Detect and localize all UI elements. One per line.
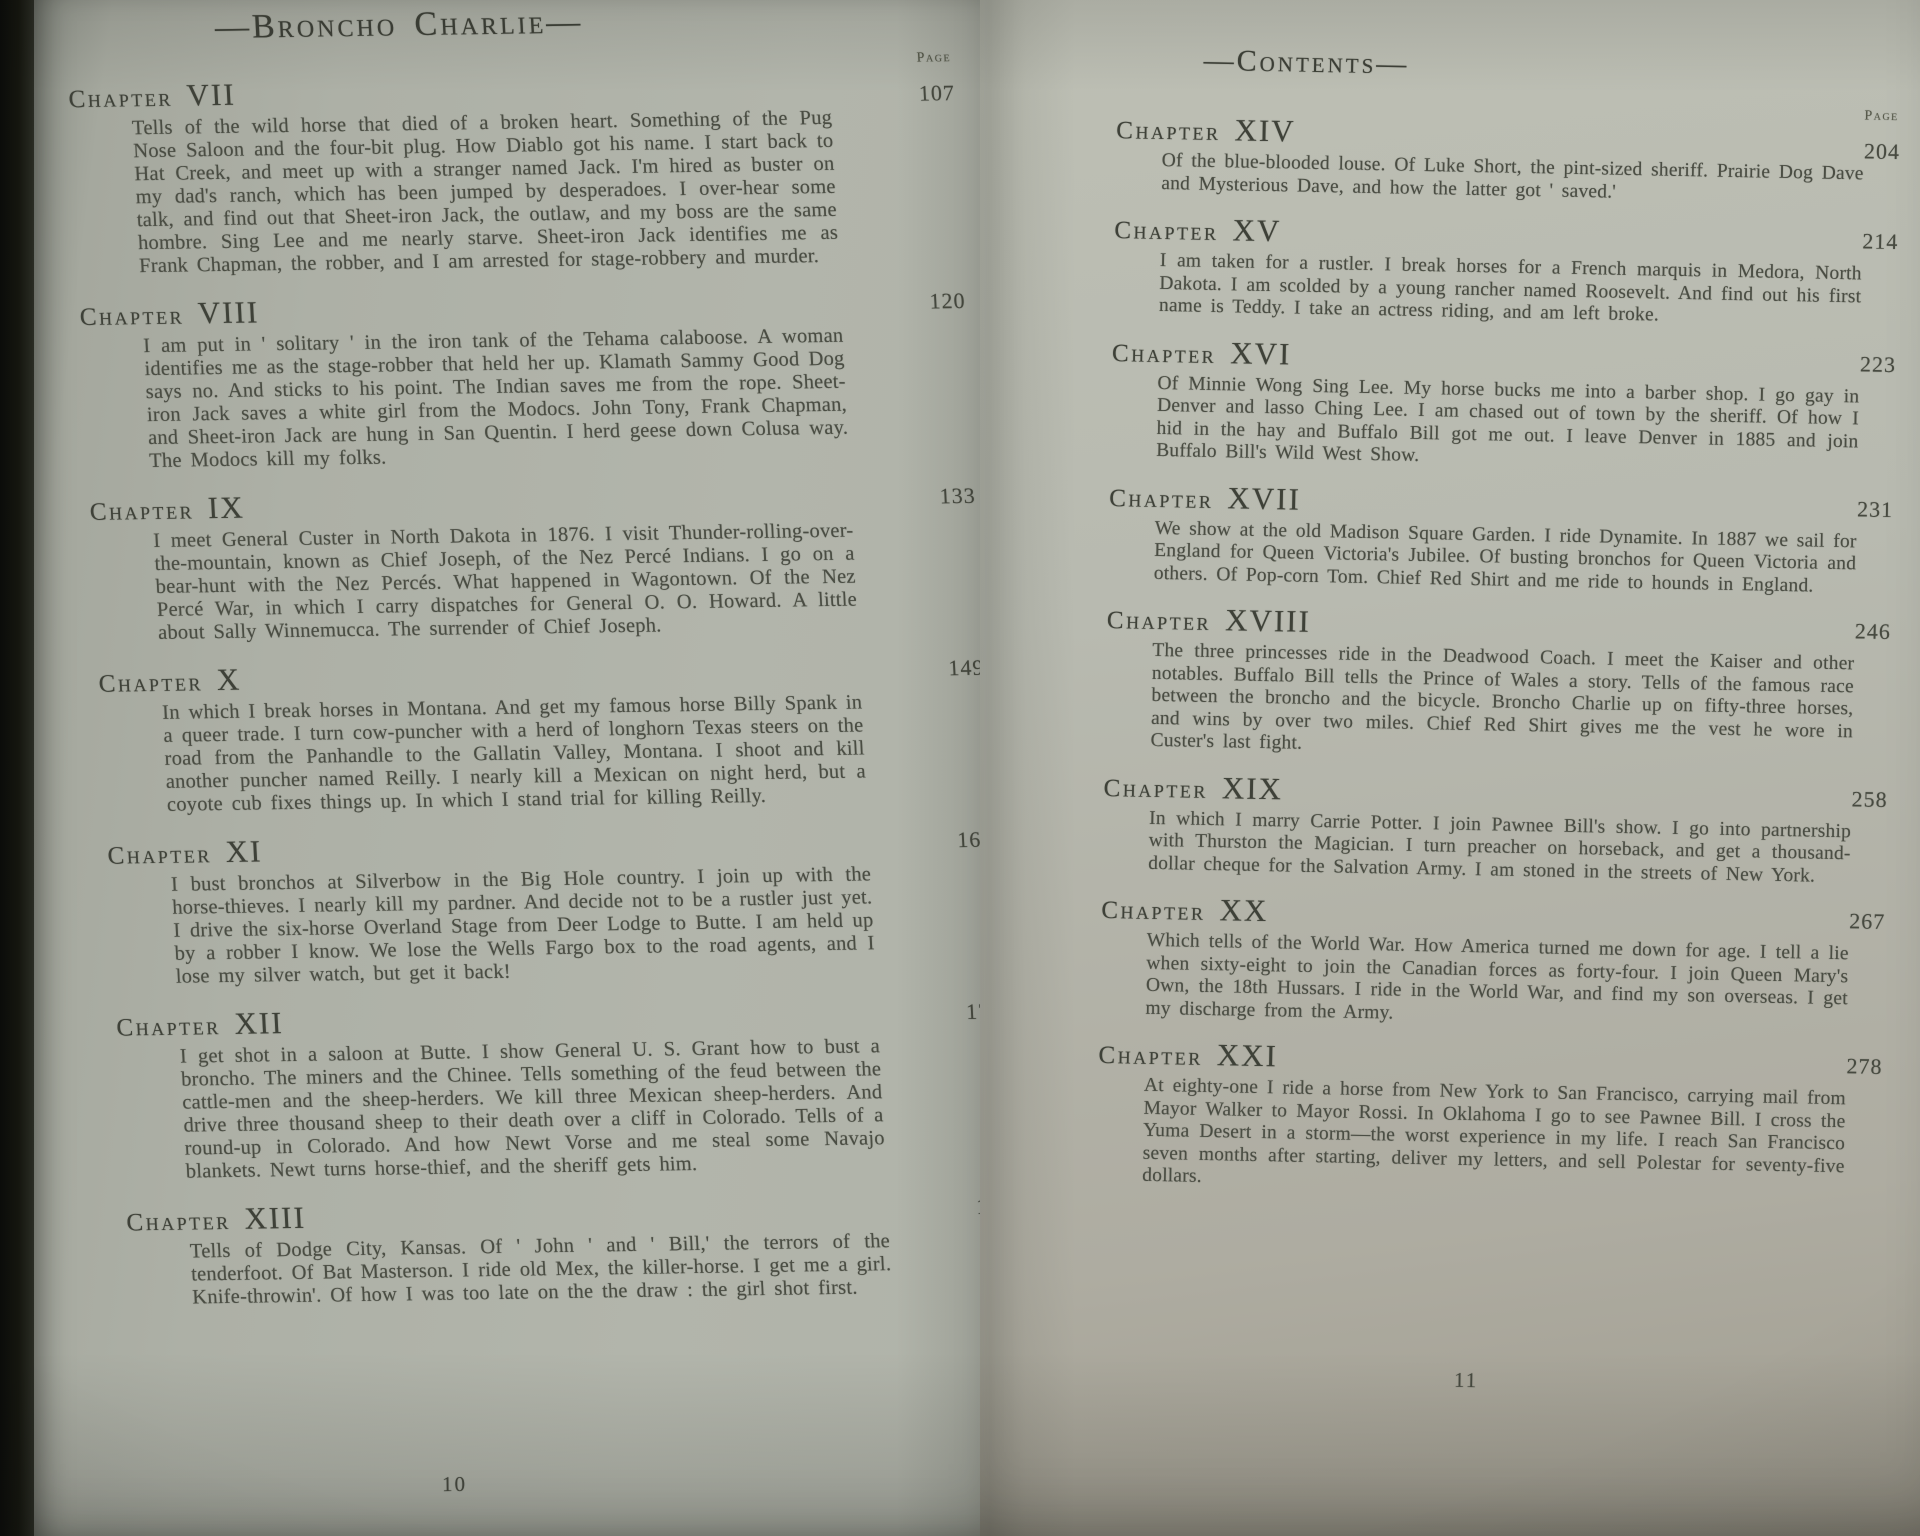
chapter-entry: Chapter XV 214 I am taken for a rustler.… <box>1113 210 1899 332</box>
chapter-label: Chapter <box>1107 607 1212 636</box>
chapter-page-number: 278 <box>1846 1053 1882 1080</box>
chapter-numeral: VIII <box>197 294 260 330</box>
chapter-numeral: XX <box>1219 892 1268 928</box>
page-column-label: Page <box>916 50 951 66</box>
right-page-content: —Contents— Chapter XIV Page 204 Of the b… <box>1096 42 1902 1217</box>
chapter-page-number: 246 <box>1855 618 1891 645</box>
right-page: —Contents— Chapter XIV Page 204 Of the b… <box>980 0 1920 1536</box>
chapter-description: In which I break horses in Montana. And … <box>162 692 868 817</box>
chapter-label: Chapter <box>98 669 204 698</box>
chapter-numeral: XXI <box>1216 1037 1278 1073</box>
page-column-label: Page <box>1864 108 1899 125</box>
chapter-description: I bust bronchos at Silverbow in the Big … <box>171 863 877 988</box>
chapter-page-number: 258 <box>1851 786 1887 813</box>
chapter-page-number: 231 <box>1857 496 1893 523</box>
chapter-label: Chapter <box>1109 485 1214 514</box>
chapter-page-number: 204 <box>1864 138 1900 165</box>
chapter-description: We show at the old Madison Square Garden… <box>1154 517 1857 598</box>
book-left-edge-shadow <box>0 0 34 1536</box>
chapter-entry: Chapter XIII 185 Tells of Dodge City, Ka… <box>125 1189 1016 1310</box>
chapter-description: I get shot in a saloon at Butte. I show … <box>179 1035 886 1183</box>
chapter-label: Chapter <box>1101 897 1206 926</box>
chapter-entry: Chapter VII Page 107 Tells of the wild h… <box>68 66 964 279</box>
chapter-page-number: 120 <box>929 288 966 315</box>
chapter-description: Of Minnie Wong Sing Lee. My horse bucks … <box>1156 372 1860 475</box>
chapter-description: I am taken for a rustler. I break horses… <box>1159 250 1862 331</box>
chapter-entry: Chapter XI 162 I bust bronchos at Silver… <box>107 823 1001 990</box>
chapter-numeral: X <box>216 662 242 697</box>
chapter-page-number: 133 <box>939 483 976 510</box>
chapter-entry: Chapter XVI 223 Of Minnie Wong Sing Lee.… <box>1110 333 1896 477</box>
open-book-photo: —Broncho Charlie— Chapter VII Page 107 T… <box>0 0 1920 1536</box>
chapter-description: The three princesses ride in the Deadwoo… <box>1150 640 1854 766</box>
chapter-entry: Chapter XXI 278 At eighty-one I ride a h… <box>1096 1035 1883 1202</box>
chapter-page-number: 223 <box>1860 351 1896 378</box>
chapter-entry: Chapter XIX 258 In which I marry Carrie … <box>1102 767 1888 889</box>
chapter-numeral: XVI <box>1230 335 1292 371</box>
folio-right: 11 <box>1454 1368 1479 1393</box>
folio-left: 10 <box>442 1472 467 1497</box>
chapter-entry: Chapter XVII 231 We show at the old Madi… <box>1108 478 1894 600</box>
left-page: —Broncho Charlie— Chapter VII Page 107 T… <box>34 0 980 1536</box>
chapter-numeral: XI <box>225 833 264 869</box>
chapter-label: Chapter <box>107 841 213 870</box>
chapter-description: I am put in ' solitary ' in the iron tan… <box>143 325 850 473</box>
chapter-entry: Chapter VIII 120 I am put in ' solitary … <box>79 284 974 474</box>
chapter-description: Which tells of the World War. How Americ… <box>1145 930 1849 1033</box>
chapter-entry: Chapter IX 133 I meet General Custer in … <box>89 479 983 646</box>
chapter-label: Chapter <box>1116 117 1221 146</box>
chapter-description: In which I marry Carrie Potter. I join P… <box>1148 807 1851 888</box>
chapter-entry: Chapter XX 267 Which tells of the World … <box>1099 890 1885 1034</box>
chapter-label: Chapter <box>1098 1042 1203 1071</box>
chapter-label: Chapter <box>68 85 174 114</box>
chapter-numeral: XII <box>234 1005 285 1041</box>
chapter-numeral: XVIII <box>1225 602 1311 639</box>
chapter-numeral: IX <box>207 490 246 526</box>
chapter-numeral: XVII <box>1227 480 1301 516</box>
chapter-page-number: 214 <box>1862 228 1898 255</box>
chapter-label: Chapter <box>79 303 185 332</box>
chapter-label: Chapter <box>126 1208 232 1237</box>
chapter-description: At eighty-one I ride a horse from New Yo… <box>1142 1075 1846 1201</box>
chapter-description: I meet General Custer in North Dakota in… <box>153 520 859 645</box>
chapter-label: Chapter <box>89 497 195 526</box>
chapter-entry: Chapter X 149 In which I break horses in… <box>98 651 992 818</box>
chapter-label: Chapter <box>1103 774 1208 803</box>
chapter-numeral: XIV <box>1234 112 1296 148</box>
chapter-entry: Chapter XII 174 I get shot in a saloon a… <box>115 994 1010 1184</box>
chapter-description: Tells of the wild horse that died of a b… <box>132 107 840 278</box>
chapter-description: Of the blue-blooded louse. Of Luke Short… <box>1161 150 1864 208</box>
chapter-numeral: XIII <box>244 1200 307 1236</box>
chapter-description: Tells of Dodge City, Kansas. Of ' John '… <box>189 1230 892 1309</box>
running-head-left: —Broncho Charlie— <box>214 4 584 47</box>
chapter-page-number: 107 <box>918 80 955 107</box>
chapter-label: Chapter <box>1114 217 1219 246</box>
chapter-entry: Chapter XVIII 246 The three princesses r… <box>1104 600 1891 767</box>
chapter-numeral: VII <box>186 77 237 113</box>
chapter-label: Chapter <box>1112 340 1217 369</box>
running-head-right: —Contents— <box>1203 44 1409 82</box>
chapter-numeral: XIX <box>1222 770 1284 806</box>
left-page-content: —Broncho Charlie— Chapter VII Page 107 T… <box>64 0 1018 1328</box>
chapter-entry: Chapter XIV Page 204 Of the blue-blooded… <box>1115 110 1900 209</box>
chapter-label: Chapter <box>116 1013 222 1042</box>
chapter-page-number: 267 <box>1849 908 1885 935</box>
chapter-numeral: XV <box>1232 212 1281 248</box>
